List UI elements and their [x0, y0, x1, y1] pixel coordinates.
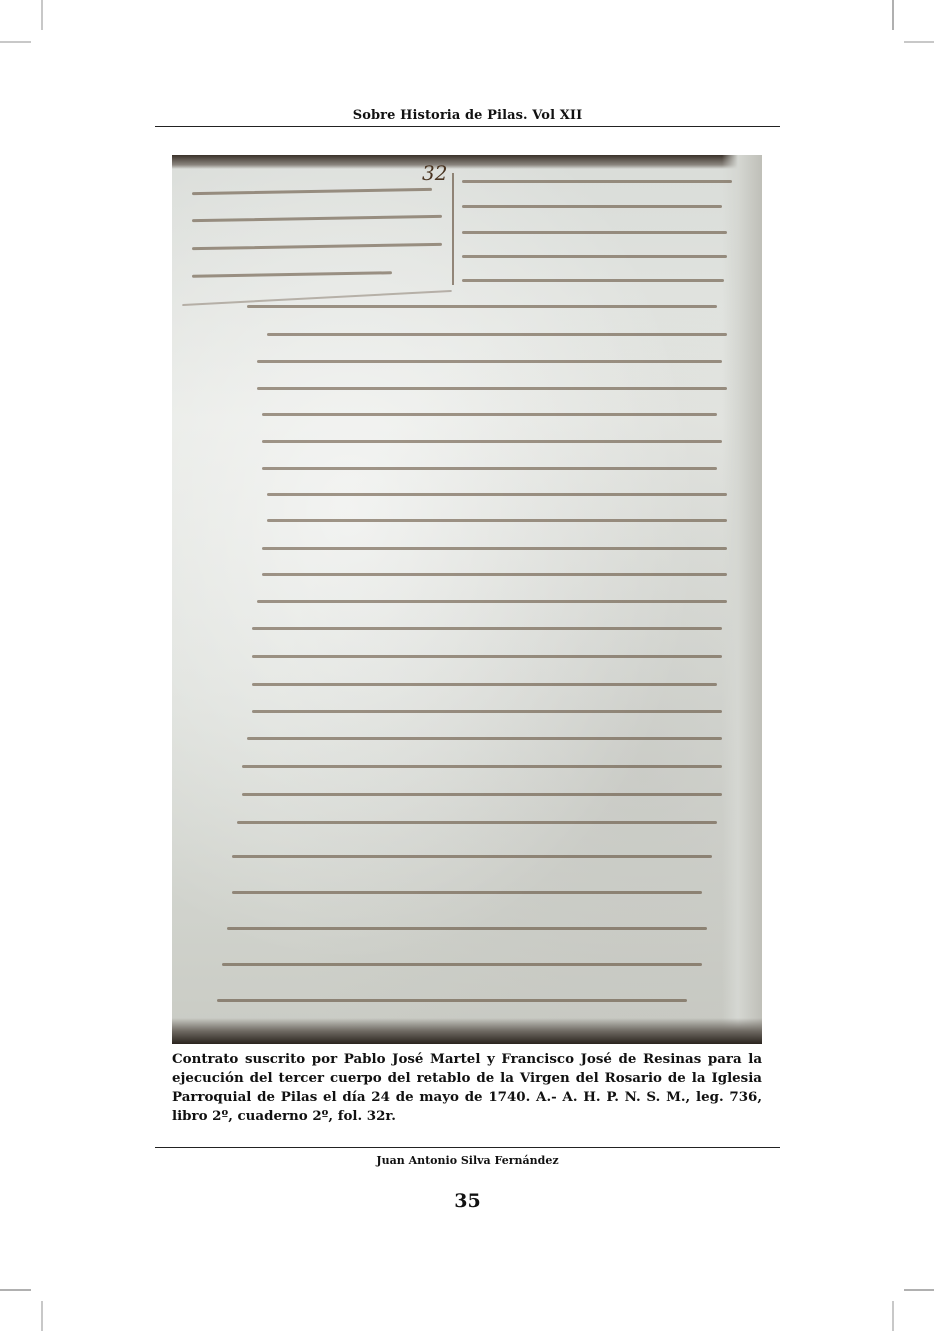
handwriting-line — [237, 821, 717, 824]
photo-edge-bottom — [172, 1018, 762, 1044]
handwriting-line — [227, 927, 707, 930]
crop-mark-bl-horizontal — [0, 1289, 31, 1291]
handwriting-line — [257, 360, 722, 363]
handwriting-line — [462, 255, 727, 258]
handwriting-line — [232, 891, 702, 894]
crop-mark-bl-vertical — [41, 1301, 43, 1331]
handwriting-line — [247, 305, 717, 308]
handwriting-line — [252, 655, 722, 658]
handwriting-line — [192, 215, 442, 222]
figure-caption: Contrato suscrito por Pablo José Martel … — [172, 1050, 762, 1126]
margin-underline — [182, 290, 452, 306]
handwriting-line — [257, 600, 727, 603]
handwriting-line — [257, 387, 727, 390]
handwriting-line — [462, 205, 722, 208]
handwriting-line — [267, 493, 727, 496]
handwriting-line — [252, 710, 722, 713]
page-number: 35 — [155, 1190, 780, 1212]
handwriting-line — [247, 737, 722, 740]
crop-mark-br-horizontal — [904, 1289, 934, 1291]
header-rule — [155, 126, 780, 127]
handwriting-line — [242, 765, 722, 768]
manuscript-photo: 32 — [172, 155, 762, 1044]
footer-author: Juan Antonio Silva Fernández — [155, 1154, 780, 1167]
margin-bracket — [452, 173, 454, 285]
handwriting-line — [262, 573, 727, 576]
crop-mark-br-vertical — [892, 1301, 894, 1331]
handwriting-line — [232, 855, 712, 858]
handwriting-line — [192, 243, 442, 250]
handwriting-line — [462, 231, 727, 234]
handwriting-line — [462, 279, 724, 282]
crop-mark-tr-horizontal — [904, 41, 934, 43]
handwriting-line — [262, 413, 717, 416]
photo-edge-top — [172, 155, 762, 169]
handwriting-line — [262, 467, 717, 470]
handwriting-line — [267, 333, 727, 336]
handwriting-line — [262, 440, 722, 443]
crop-mark-tr-vertical — [892, 0, 894, 30]
running-header: Sobre Historia de Pilas. Vol XII — [155, 108, 780, 123]
crop-mark-tl-vertical — [41, 0, 43, 30]
footer-rule — [155, 1147, 780, 1148]
crop-mark-tl-horizontal — [0, 41, 31, 43]
handwriting-line — [462, 180, 732, 183]
handwriting-line — [242, 793, 722, 796]
handwriting-line — [252, 627, 722, 630]
handwriting-line — [252, 683, 717, 686]
folio-number: 32 — [422, 161, 447, 185]
handwriting-line — [262, 547, 727, 550]
handwriting-line — [267, 519, 727, 522]
handwriting-line — [192, 188, 432, 195]
handwriting-line — [217, 999, 687, 1002]
handwriting-line — [222, 963, 702, 966]
photo-edge-right — [722, 155, 762, 1044]
handwriting-line — [192, 271, 392, 277]
